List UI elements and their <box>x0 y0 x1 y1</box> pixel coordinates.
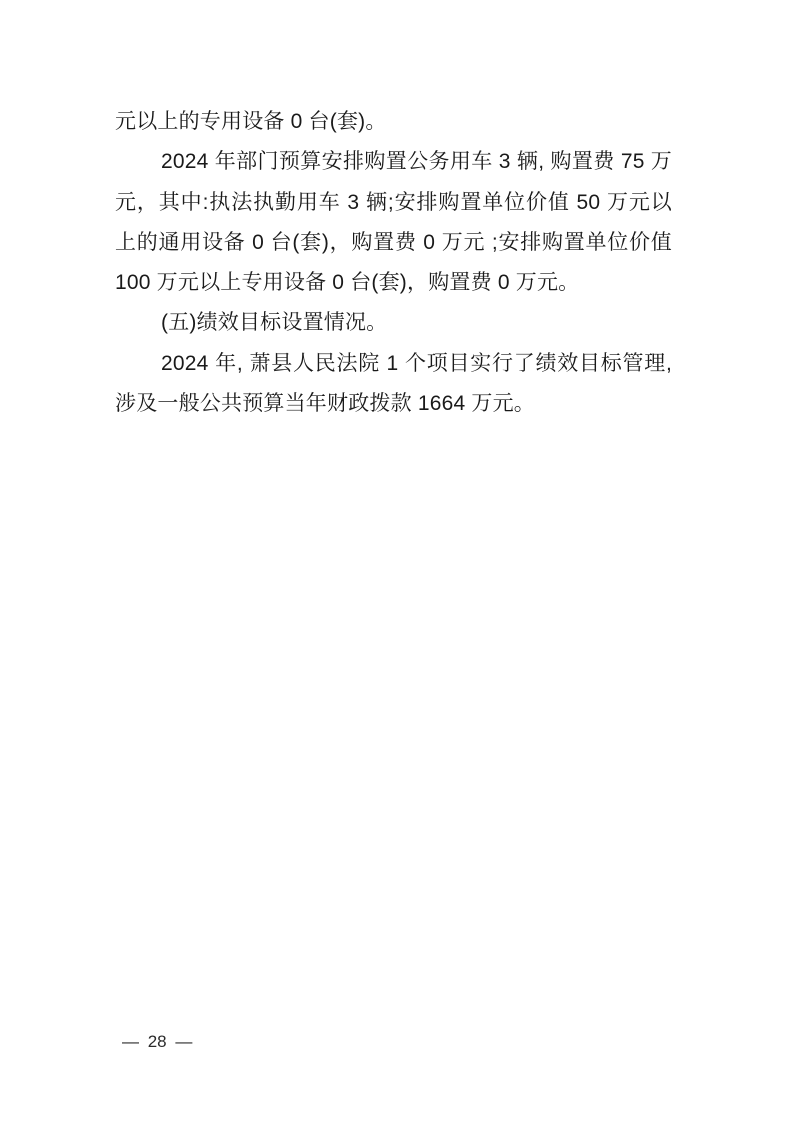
body-line: 2024 年, 萧县人民法院 1 个项目实行了绩效目标管理, <box>115 344 672 384</box>
body-line: 2024 年部门预算安排购置公务用车 3 辆, 购置费 75 万 <box>115 142 672 182</box>
body-line: (五)绩效目标设置情况。 <box>115 303 672 343</box>
body-line: 元以上的专用设备 0 台(套)。 <box>115 102 672 142</box>
page-number: — 28 — <box>122 1032 192 1052</box>
body-text: 元以上的专用设备 0 台(套)。 2024 年部门预算安排购置公务用车 3 辆,… <box>115 102 672 424</box>
document-page: 元以上的专用设备 0 台(套)。 2024 年部门预算安排购置公务用车 3 辆,… <box>0 0 793 1122</box>
body-line: 100 万元以上专用设备 0 台(套)，购置费 0 万元。 <box>115 263 672 303</box>
body-line: 涉及一般公共预算当年财政拨款 1664 万元。 <box>115 384 672 424</box>
body-line: 上的通用设备 0 台(套)，购置费 0 万元 ;安排购置单位价值 <box>115 223 672 263</box>
body-line: 元，其中:执法执勤用车 3 辆;安排购置单位价值 50 万元以 <box>115 183 672 223</box>
